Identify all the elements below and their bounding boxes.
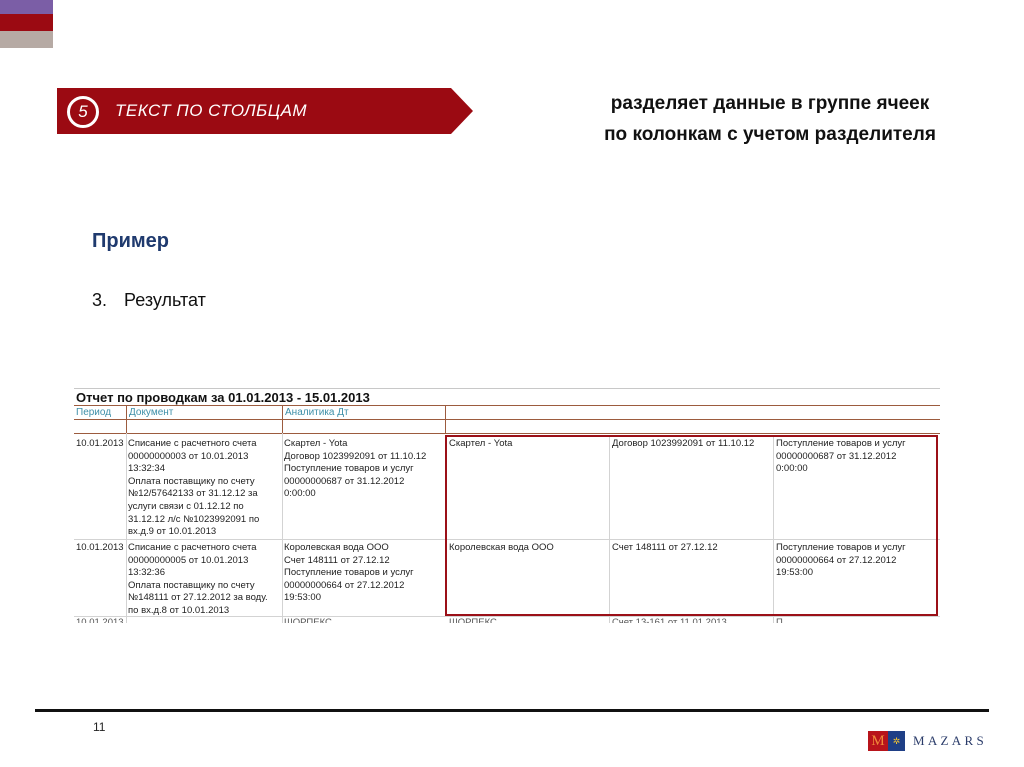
cut-row-split-3: П [776,617,783,623]
cell-document: Списание с расчетного счета 00000000005 … [128,542,268,618]
corner-stripe-gray [0,31,53,48]
corner-stripe-purple [0,0,53,14]
report-screenshot: Отчет по проводкам за 01.01.2013 - 15.01… [74,388,942,624]
cell-analytics: Скартел - Yota Договор 1023992091 от 11.… [284,438,426,501]
page-number: 11 [93,720,105,734]
column-header-analytics: Аналитика Дт [285,407,349,418]
example-heading: Пример [92,230,169,253]
section-number-badge: 5 [67,96,99,128]
cell-period: 10.01.2013 [76,542,124,555]
section-description: разделяет данные в группе ячеек по колон… [560,88,980,150]
corner-stripe-red [0,14,53,31]
cut-row-split-1: ШОРПЕКС [449,617,497,623]
cell-document: Списание с расчетного счета 00000000003 … [128,438,259,539]
logo-stars-icon: ✲ [888,731,905,751]
mazars-logo: M ✲ MAZARS [868,731,987,751]
column-header-document: Документ [129,407,173,418]
logo-wordmark: MAZARS [913,733,987,749]
step-label: Результат [124,290,206,310]
cell-period: 10.01.2013 [76,438,124,451]
cell-analytics: Королевская вода ООО Счет 148111 от 27.1… [284,542,414,605]
section-banner: 5 ТЕКСТ ПО СТОЛБЦАМ [57,88,473,134]
report-title: Отчет по проводкам за 01.01.2013 - 15.01… [76,390,370,405]
column-header-period: Период [76,407,111,418]
step-item: 3.Результат [92,290,206,311]
description-line-1: разделяет данные в группе ячеек [560,88,980,119]
section-title: ТЕКСТ ПО СТОЛБЦАМ [115,101,307,121]
footer-divider [35,709,989,712]
logo-m-icon: M [868,731,888,751]
highlight-box [445,435,938,616]
cut-row-period: 10.01.2013 [76,617,124,623]
cut-row-analytics: ШОРПЕКС [284,617,332,623]
description-line-2: по колонкам с учетом разделителя [560,119,980,150]
cut-row-split-2: Счет 13-161 от 11.01.2013 [612,617,727,623]
step-number: 3. [92,290,124,311]
